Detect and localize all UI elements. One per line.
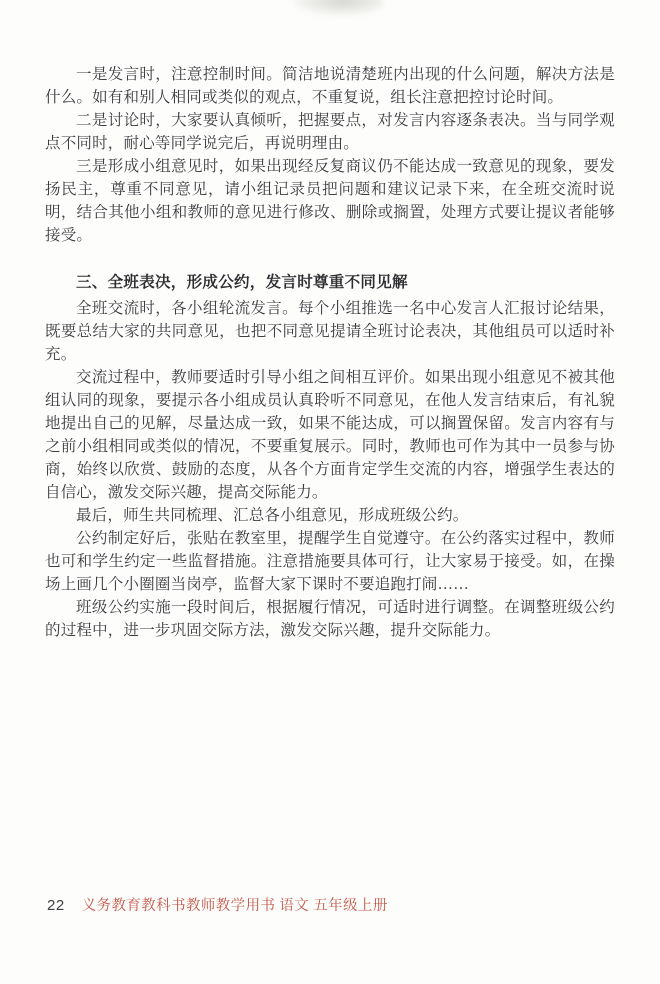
scan-smudge xyxy=(292,0,384,16)
page-number: 22 xyxy=(47,897,65,914)
paragraph-point-three: 三是形成小组意见时，如果出现经反复商议仍不能达成一致意见的现象，要发扬民主，尊重… xyxy=(45,155,615,247)
page-footer: 22 义务教育教科书教师教学用书 语文 五年级上册 xyxy=(47,894,617,915)
section-heading: 三、全班表决，形成公约，发言时尊重不同见解 xyxy=(45,271,615,294)
paragraph-point-two: 二是讨论时，大家要认真倾听，把握要点，对发言内容逐条表决。当与同学观点不同时，耐… xyxy=(45,109,615,155)
paragraph-point-one: 一是发言时，注意控制时间。简洁地说清楚班内出现的什么问题，解决方法是什么。如有和… xyxy=(45,63,615,109)
page-content: 一是发言时，注意控制时间。简洁地说清楚班内出现的什么问题，解决方法是什么。如有和… xyxy=(45,63,615,642)
book-page: 一是发言时，注意控制时间。简洁地说清楚班内出现的什么问题，解决方法是什么。如有和… xyxy=(0,0,660,984)
book-title: 义务教育教科书教师教学用书 语文 五年级上册 xyxy=(82,894,388,915)
paragraph-class-exchange: 全班交流时，各小组轮流发言。每个小组推选一名中心发言人汇报讨论结果，既要总结大家… xyxy=(45,297,615,366)
paragraph-form-convention: 最后，师生共同梳理、汇总各小组意见，形成班级公约。 xyxy=(45,504,615,527)
paragraph-teacher-guidance: 交流过程中，教师要适时引导小组之间相互评价。如果出现小组意见不被其他组认同的现象… xyxy=(45,366,615,504)
paragraph-post-convention: 公约制定好后，张贴在教室里，提醒学生自觉遵守。在公约落实过程中，教师也可和学生约… xyxy=(45,527,615,596)
paragraph-adjustment: 班级公约实施一段时间后，根据履行情况，可适时进行调整。在调整班级公约的过程中，进… xyxy=(45,596,615,642)
